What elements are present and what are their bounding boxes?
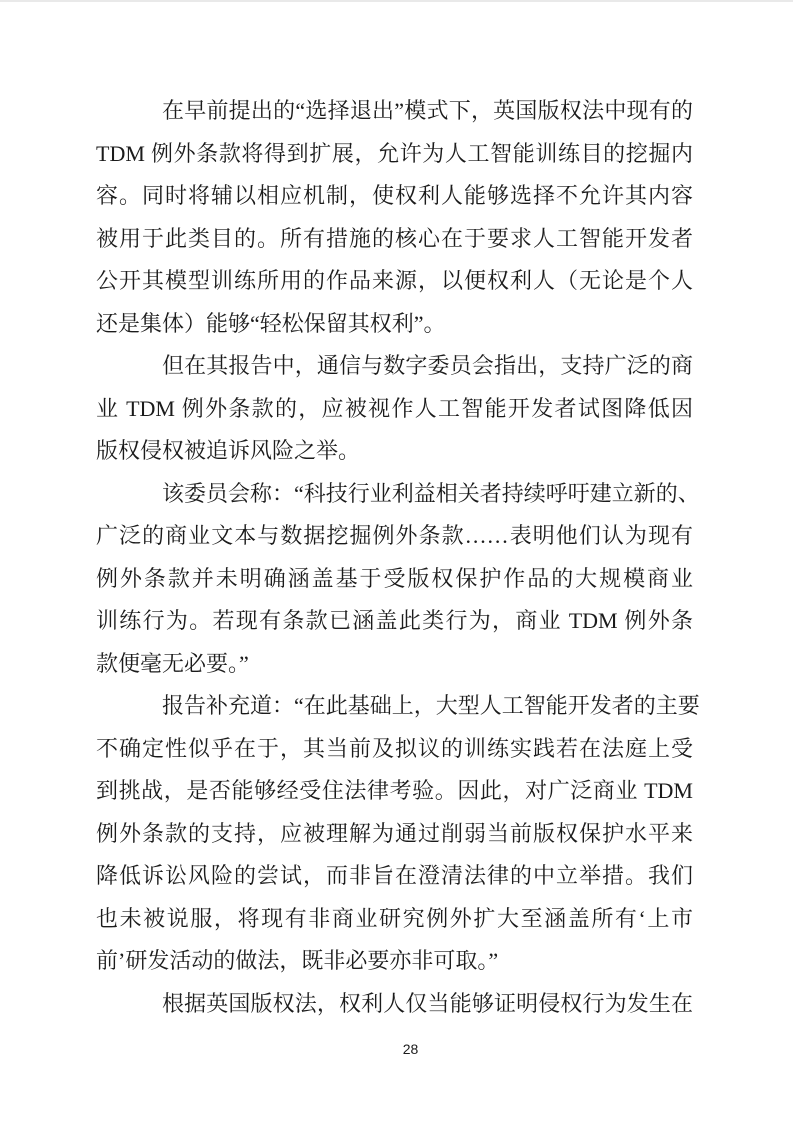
text-line: 也未被说服，将现有非商业研究例外扩大至涵盖所有‘上市	[96, 898, 693, 941]
page-number: 28	[403, 1041, 419, 1057]
text-line: 款便毫无必要。”	[96, 643, 693, 686]
text-line: 公开其模型训练所用的作品来源，以便权利人（无论是个人	[96, 260, 693, 303]
text-line: 被用于此类目的。所有措施的核心在于要求人工智能开发者	[96, 218, 693, 261]
text-line: 版权侵权被追诉风险之举。	[96, 430, 693, 473]
text-line: TDM 例外条款将得到扩展，允许为人工智能训练目的挖掘内	[96, 133, 693, 176]
paragraph: 根据英国版权法，权利人仅当能够证明侵权行为发生在	[96, 983, 693, 1026]
document-body: 在早前提出的“选择退出”模式下，英国版权法中现有的TDM 例外条款将得到扩展，允…	[96, 90, 693, 1025]
text-line: 训练行为。若现有条款已涵盖此类行为，商业 TDM 例外条	[96, 600, 693, 643]
text-line: 前’研发活动的做法，既非必要亦非可取。”	[96, 940, 693, 983]
text-line: 在早前提出的“选择退出”模式下，英国版权法中现有的	[96, 90, 693, 133]
text-line: 例外条款并未明确涵盖基于受版权保护作品的大规模商业	[96, 558, 693, 601]
text-line: 业 TDM 例外条款的，应被视作人工智能开发者试图降低因	[96, 388, 693, 431]
text-line: 还是集体）能够“轻松保留其权利”。	[96, 303, 693, 346]
paragraph: 该委员会称：“科技行业利益相关者持续呼吁建立新的、广泛的商业文本与数据挖掘例外条…	[96, 473, 693, 686]
text-line: 容。同时将辅以相应机制，使权利人能够选择不允许其内容	[96, 175, 693, 218]
text-line: 广泛的商业文本与数据挖掘例外条款……表明他们认为现有	[96, 515, 693, 558]
text-line: 降低诉讼风险的尝试，而非旨在澄清法律的中立举措。我们	[96, 855, 693, 898]
page-top-edge	[0, 0, 793, 2]
paragraph: 报告补充道：“在此基础上，大型人工智能开发者的主要不确定性似乎在于，其当前及拟议…	[96, 685, 693, 983]
text-line: 例外条款的支持，应被理解为通过削弱当前版权保护水平来	[96, 813, 693, 856]
text-line: 但在其报告中，通信与数字委员会指出，支持广泛的商	[96, 345, 693, 388]
text-line: 根据英国版权法，权利人仅当能够证明侵权行为发生在	[96, 983, 693, 1026]
text-line: 该委员会称：“科技行业利益相关者持续呼吁建立新的、	[96, 473, 693, 516]
document-page: 在早前提出的“选择退出”模式下，英国版权法中现有的TDM 例外条款将得到扩展，允…	[0, 0, 793, 1122]
paragraph: 在早前提出的“选择退出”模式下，英国版权法中现有的TDM 例外条款将得到扩展，允…	[96, 90, 693, 345]
text-line: 报告补充道：“在此基础上，大型人工智能开发者的主要	[96, 685, 693, 728]
page-footer: 28	[0, 1041, 793, 1059]
text-line: 到挑战，是否能够经受住法律考验。因此，对广泛商业 TDM	[96, 770, 693, 813]
paragraph: 但在其报告中，通信与数字委员会指出，支持广泛的商业 TDM 例外条款的，应被视作…	[96, 345, 693, 473]
text-line: 不确定性似乎在于，其当前及拟议的训练实践若在法庭上受	[96, 728, 693, 771]
